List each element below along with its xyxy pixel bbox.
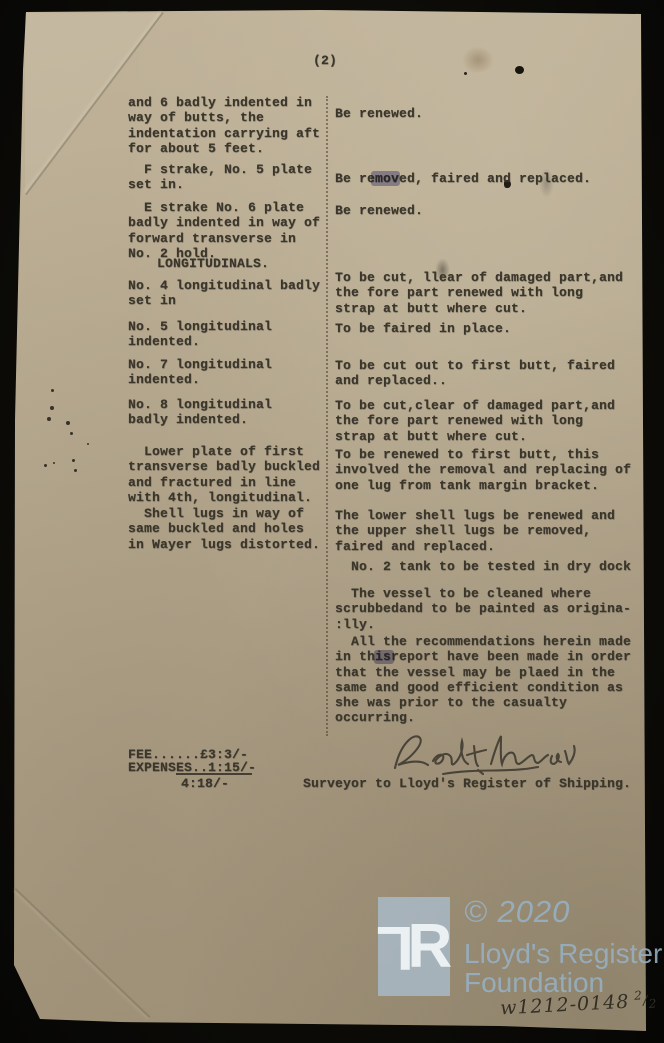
closing-paragraph: All the recommendations herein made in t… bbox=[335, 634, 640, 726]
paper-speck bbox=[47, 417, 51, 421]
damage-description: E strake No. 6 plate badly indented in w… bbox=[128, 200, 334, 261]
page-number: (2) bbox=[313, 53, 337, 68]
logo-letter-l: L bbox=[376, 916, 414, 978]
logo-letter-r: R bbox=[408, 916, 453, 978]
recommendation: The lower shell lugs be renewed and the … bbox=[335, 508, 640, 554]
paper-speck bbox=[51, 389, 54, 392]
recommendation: No. 2 tank to be tested in dry dock bbox=[335, 559, 640, 574]
damage-description: No. 7 longitudinal indented. bbox=[128, 357, 334, 388]
recommendation: Be renewed. bbox=[335, 106, 640, 121]
ink-dot bbox=[515, 66, 524, 74]
blue-overstrike-mark bbox=[374, 650, 394, 664]
fee-total-value: 4:18/- bbox=[181, 776, 229, 791]
recommendation: To be renewed to first butt, this involv… bbox=[335, 447, 640, 493]
blue-overstrike-mark bbox=[371, 171, 400, 186]
handwritten-signature bbox=[383, 728, 578, 780]
damage-description: F strake, No. 5 plate set in. bbox=[128, 162, 334, 193]
recommendation: The vessel to be cleaned where scrubbeda… bbox=[335, 586, 640, 632]
paper-speck bbox=[44, 464, 47, 467]
paper-speck bbox=[66, 421, 70, 425]
watermark-org-name-line1: Lloyd's Register bbox=[464, 938, 662, 970]
paper-speck bbox=[70, 432, 73, 435]
recommendation: To be cut, llear of damaged part,and the… bbox=[335, 270, 640, 316]
recommendation: To be faired in place. bbox=[335, 321, 640, 336]
paper-speck bbox=[87, 443, 89, 445]
damage-description: and 6 badly indented in way of butts, th… bbox=[128, 95, 334, 156]
paper-speck bbox=[72, 459, 75, 462]
paper-speck bbox=[50, 406, 54, 410]
scanned-document-page: (2) and 6 badly indented in way of butts… bbox=[0, 0, 664, 1043]
section-heading-longitudinals: LONGITUDINALS. bbox=[157, 256, 269, 271]
paper-speck bbox=[53, 462, 55, 464]
recommendation: To be cut out to first butt, faired and … bbox=[335, 358, 640, 389]
damage-description: No. 8 longitudinal badly indented. bbox=[128, 397, 334, 428]
damage-description: No. 5 longitudinal indented. bbox=[128, 319, 334, 350]
lloyds-register-logo: L R bbox=[378, 897, 450, 996]
damage-description: Lower plate of first transverse badly bu… bbox=[128, 444, 334, 505]
stain bbox=[462, 46, 494, 74]
recommendation: To be cut,clear of damaged part,and the … bbox=[335, 398, 640, 444]
paper-speck bbox=[74, 469, 77, 472]
damage-description: No. 4 longitudinal badly set in bbox=[128, 278, 334, 309]
recommendation: Be renewed. bbox=[335, 203, 640, 218]
fee-total-line: 4:18/- bbox=[176, 773, 252, 791]
damage-description: Shell lugs in way of same buckled and ho… bbox=[128, 506, 334, 552]
ink-dot bbox=[464, 72, 467, 75]
watermark-copyright: © 2020 bbox=[464, 894, 570, 930]
reference-page-fraction: 2/2 bbox=[629, 993, 658, 1009]
surveyor-title-line: Surveyor to Lloyd's Register of Shipping… bbox=[303, 776, 631, 791]
